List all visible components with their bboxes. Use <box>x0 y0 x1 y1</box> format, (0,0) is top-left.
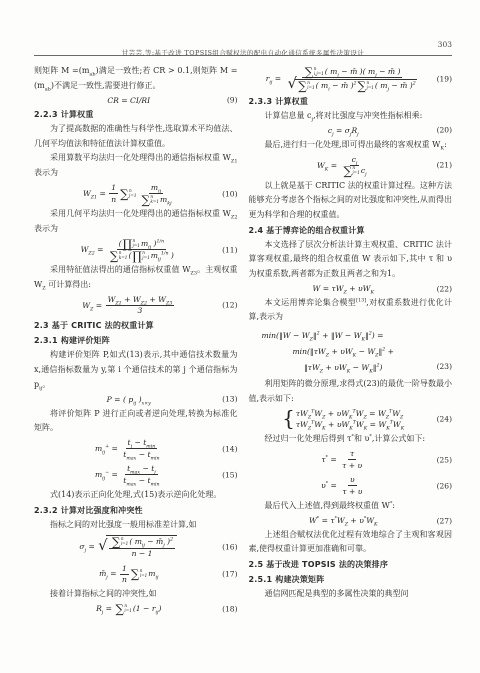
paragraph: 经过归一化处理后得到 τ*和 υ*,计算公式如下: <box>249 432 453 447</box>
equation-number: (20) <box>437 126 452 135</box>
paragraph: 采用特征值法得出的通信指标权重值 WZ3。主观权重 WZ 可计算得出: <box>34 263 238 292</box>
paragraph: 为了提高数据的准确性与科学性,选取算术平均值法、几何平均值法和特征值法计算权重值… <box>34 122 238 151</box>
section-heading: 2.4 基于博弈论的组合权重计算 <box>249 223 453 238</box>
page-number: 303 <box>438 40 452 49</box>
equation-number: (22) <box>437 284 452 293</box>
section-heading: 2.3.2 计算对比强度和冲突性 <box>34 503 238 518</box>
equation-number: (17) <box>222 570 237 579</box>
equation: WZ = WZ1 + WZ2 + WZ33(12) <box>34 292 238 318</box>
equation-number: (18) <box>222 605 237 614</box>
equation-number: (23) <box>437 362 452 371</box>
section-heading: 2.5 基于改进 TOPSIS 法的决策排序 <box>249 557 453 572</box>
equation-number: (19) <box>437 74 452 83</box>
paragraph: 最后,进行归一化处理,即可得出最终的客观权重 WK: <box>249 138 453 153</box>
section-heading: 2.3.1 构建评价矩阵 <box>34 333 238 348</box>
paragraph: 计算信息量 cj,将对比强度与冲突性指标相乘: <box>249 109 453 124</box>
paragraph: 以上就是基于 CRITIC 法的权重计算过程。这种方法能够充分考虑各个指标之间的… <box>249 179 453 223</box>
equation: υ* = υτ + υ(26) <box>249 473 453 499</box>
equation-number: (24) <box>437 415 452 424</box>
paper-page: 甘芸芸,等:基于改进 TOPSIS组合赋权法的配电自动化通信系统多属性决策设计 … <box>0 0 480 673</box>
equation: CR = CI/RI(9) <box>34 93 238 107</box>
equation-number: (27) <box>437 516 452 525</box>
equation-number: (14) <box>222 444 237 453</box>
equation-number: (9) <box>227 96 238 105</box>
equation: WK = cj∑nj=1cj(21) <box>249 152 453 179</box>
equation-number: (13) <box>222 395 237 404</box>
equation: mij− = tmax − tjtmax − tmin(15) <box>34 462 238 488</box>
paragraph: 利用矩阵的微分原理,求得式(23)的最优一阶导数最小值,表示如下: <box>249 377 453 406</box>
equation-number: (21) <box>437 161 452 170</box>
equation-number: (16) <box>222 542 237 551</box>
paragraph: 则矩阵 M =(mab)满足一致性;若 CR > 0.1,则矩阵 M =(mab… <box>34 64 238 93</box>
equation-number: (10) <box>222 189 237 198</box>
paragraph: 本文选择了层次分析法计算主观权重、CRITIC 法计算客观权重,最终的组合权重值… <box>249 238 453 282</box>
equation: cj = σjRj(20) <box>249 123 453 138</box>
equation: mij+ = tj − tmintmax − tmin(14) <box>34 436 238 462</box>
paragraph: 上述组合赋权法优化过程有效地综合了主观和客观因素,使得权重计算更加准确和可靠。 <box>249 528 453 557</box>
section-heading: 2.5.1 构建决策矩阵 <box>249 572 453 587</box>
equation: WZ1 = 1n∑nj=1mij∑nk=1mkj(10) <box>34 181 238 208</box>
equation: W* = τ*WZ + υ*WK(27) <box>249 513 453 528</box>
paragraph: 通信网匹配是典型的多属性决策的典型问 <box>249 587 453 602</box>
equation-number: (12) <box>222 301 237 310</box>
equation: Rj = ∑ni=1(1 − rij)(18) <box>34 602 238 617</box>
paragraph: 采用几何平均法归一化处理得出的通信指标权重 WZ2 表示为 <box>34 207 238 236</box>
paragraph: 构建评价矩阵 P,如式(13)表示,其中通信技术数量为 x,通信指标数量为 y,… <box>34 348 238 392</box>
equation: τ* = ττ + υ(25) <box>249 447 453 473</box>
running-head-title: 甘芸芸,等:基于改进 TOPSIS组合赋权法的配电自动化通信系统多属性决策设计 <box>122 49 364 57</box>
paragraph: 接着计算指标之间的冲突性,如 <box>34 587 238 602</box>
equation: WZ2 = (∏nj=1mij )1/n∑nk=1(∏nj=1mij1/n )(… <box>34 236 238 263</box>
equation-number: (15) <box>222 470 237 479</box>
two-column-body: 则矩阵 M =(mab)满足一致性;若 CR > 0.1,则矩阵 M =(mab… <box>34 64 452 617</box>
column-right: rij = ∑ni,j=1( mi − m̄ )( mj − m̄ )√∑ni=… <box>249 64 453 617</box>
section-heading: 2.3 基于 CRITIC 法的权重计算 <box>34 318 238 333</box>
equation: P = ( pij )x×y(13) <box>34 392 238 407</box>
equation-number: (11) <box>222 245 237 254</box>
paragraph: 式(14)表示正向化处理,式(15)表示逆向化处理。 <box>34 488 238 503</box>
section-heading: 2.3.3 计算权重 <box>249 94 453 109</box>
paragraph: 采用算数平均法归一化处理得出的通信指标权重 WZ1 表示为 <box>34 151 238 180</box>
equation-number: (25) <box>437 455 452 464</box>
paragraph: 指标之间的对比强度一般用标准差计算,如 <box>34 518 238 533</box>
equation-number: (26) <box>437 481 452 490</box>
paragraph: 最后代入上述值,得到最终权重值 W*: <box>249 499 453 514</box>
equation: W = τWZ + υWK(22) <box>249 281 453 296</box>
equation: min(‖W − WZ‖2 + ‖W − WK‖2) =min(‖τWZ + υ… <box>249 325 453 377</box>
equation: rij = ∑ni,j=1( mi − m̄ )( mj − m̄ )√∑ni=… <box>249 64 453 94</box>
running-head: 甘芸芸,等:基于改进 TOPSIS组合赋权法的配电自动化通信系统多属性决策设计 … <box>34 40 452 52</box>
column-left: 则矩阵 M =(mab)满足一致性;若 CR > 0.1,则矩阵 M =(mab… <box>34 64 238 617</box>
section-heading: 2.2.3 计算权重 <box>34 107 238 122</box>
equation: σj = √∑ni=1( mij − m̄j )2n − 1(16) <box>34 532 238 561</box>
equation: {τWZTWZ + υWKTWZ = WZTWZτWZTWK + υWKTWK … <box>249 406 453 432</box>
paragraph: 将评价矩阵 P 进行正向或者逆向处理,转换为标准化矩阵。 <box>34 407 238 436</box>
paragraph: 本文运用博弈论集合模型[13],对权重系数进行优化计算,表示为 <box>249 296 453 325</box>
equation: m̄j = 1n∑ni=1mij(17) <box>34 561 238 587</box>
